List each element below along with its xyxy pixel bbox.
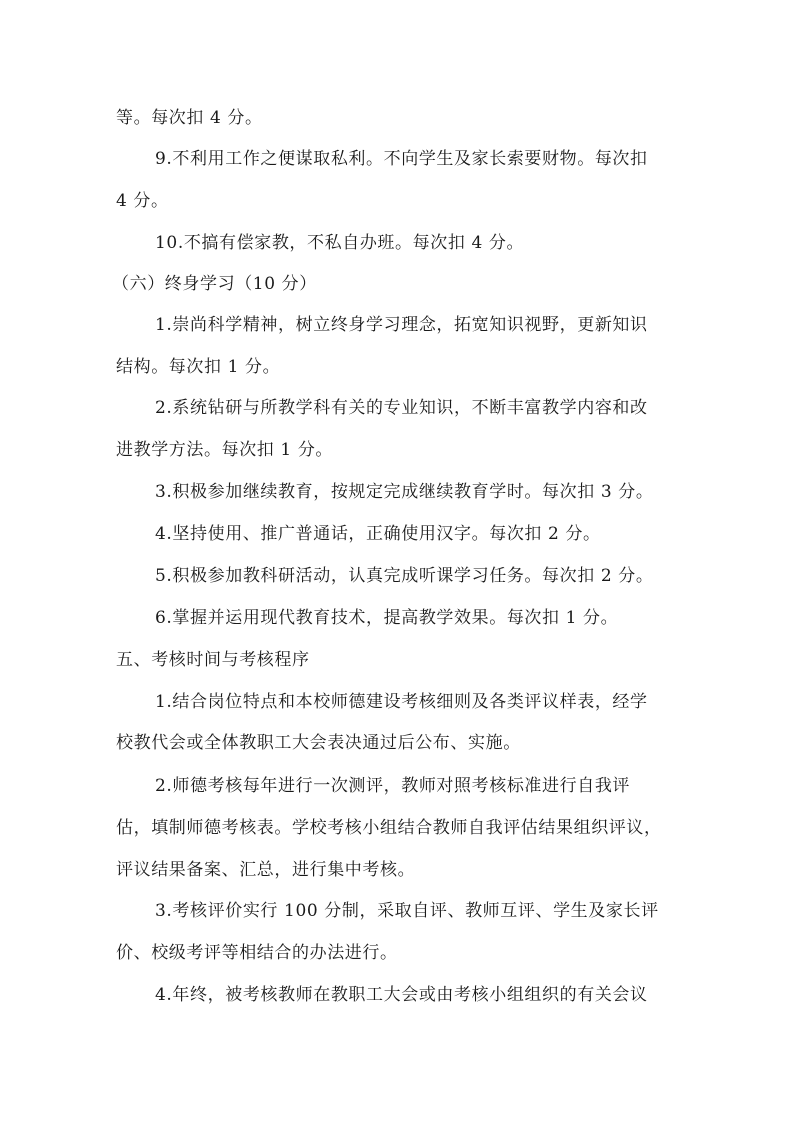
text-line-continuation: 价、校级考评等相结合的办法进行。	[116, 942, 398, 964]
text-line-continuation: 评议结果备案、汇总，进行集中考核。	[116, 859, 415, 881]
procedure-1-rules-adoption: 1.结合岗位特点和本校师德建设考核细则及各类评议样表，经学	[155, 691, 648, 713]
item-3-continuing-education: 3.积极参加继续教育，按规定完成继续教育学时。每次扣 3 分。	[155, 481, 653, 503]
procedure-2-annual-evaluation: 2.师德考核每年进行一次测评，教师对照考核标准进行自我评	[155, 775, 630, 797]
text-line-continuation: 结构。每次扣 1 分。	[116, 356, 280, 378]
item-5-research-activities: 5.积极参加教科研活动，认真完成听课学习任务。每次扣 2 分。	[155, 565, 653, 587]
item-4-mandarin: 4.坚持使用、推广普通话，正确使用汉字。每次扣 2 分。	[155, 523, 601, 545]
item-6-education-technology: 6.掌握并运用现代教育技术，提高教学效果。每次扣 1 分。	[155, 607, 618, 629]
text-line-continuation: 估，填制师德考核表。学校考核小组结合教师自我评估结果组织评议，	[116, 817, 662, 839]
section-heading-assessment-procedure: 五、考核时间与考核程序	[116, 649, 310, 671]
procedure-3-scoring-system: 3.考核评价实行 100 分制，采取自评、教师互评、学生及家长评	[155, 900, 659, 922]
text-line-continuation: 校教代会或全体教职工大会表决通过后公布、实施。	[116, 732, 521, 754]
text-line-continuation: 进教学方法。每次扣 1 分。	[116, 439, 333, 461]
document-page: 等。每次扣 4 分。 9.不利用工作之便谋取私利。不向学生及家长索要财物。每次扣…	[0, 0, 794, 1123]
procedure-4-year-end: 4.年终，被考核教师在教职工大会或由考核小组组织的有关会议	[155, 984, 648, 1006]
item-2-subject-knowledge: 2.系统钻研与所教学科有关的专业知识，不断丰富教学内容和改	[155, 397, 648, 419]
item-9-no-private-gain: 9.不利用工作之便谋取私利。不向学生及家长索要财物。每次扣	[155, 148, 648, 170]
text-line-continuation: 等。每次扣 4 分。	[116, 107, 263, 129]
text-line-continuation: 4 分。	[116, 190, 169, 212]
item-10-no-paid-tutoring: 10.不搞有偿家教，不私自办班。每次扣 4 分。	[155, 232, 524, 254]
section-heading-lifelong-learning: （六）终身学习（10 分）	[112, 273, 317, 295]
item-1-scientific-spirit: 1.崇尚科学精神，树立终身学习理念，拓宽知识视野，更新知识	[155, 314, 648, 336]
